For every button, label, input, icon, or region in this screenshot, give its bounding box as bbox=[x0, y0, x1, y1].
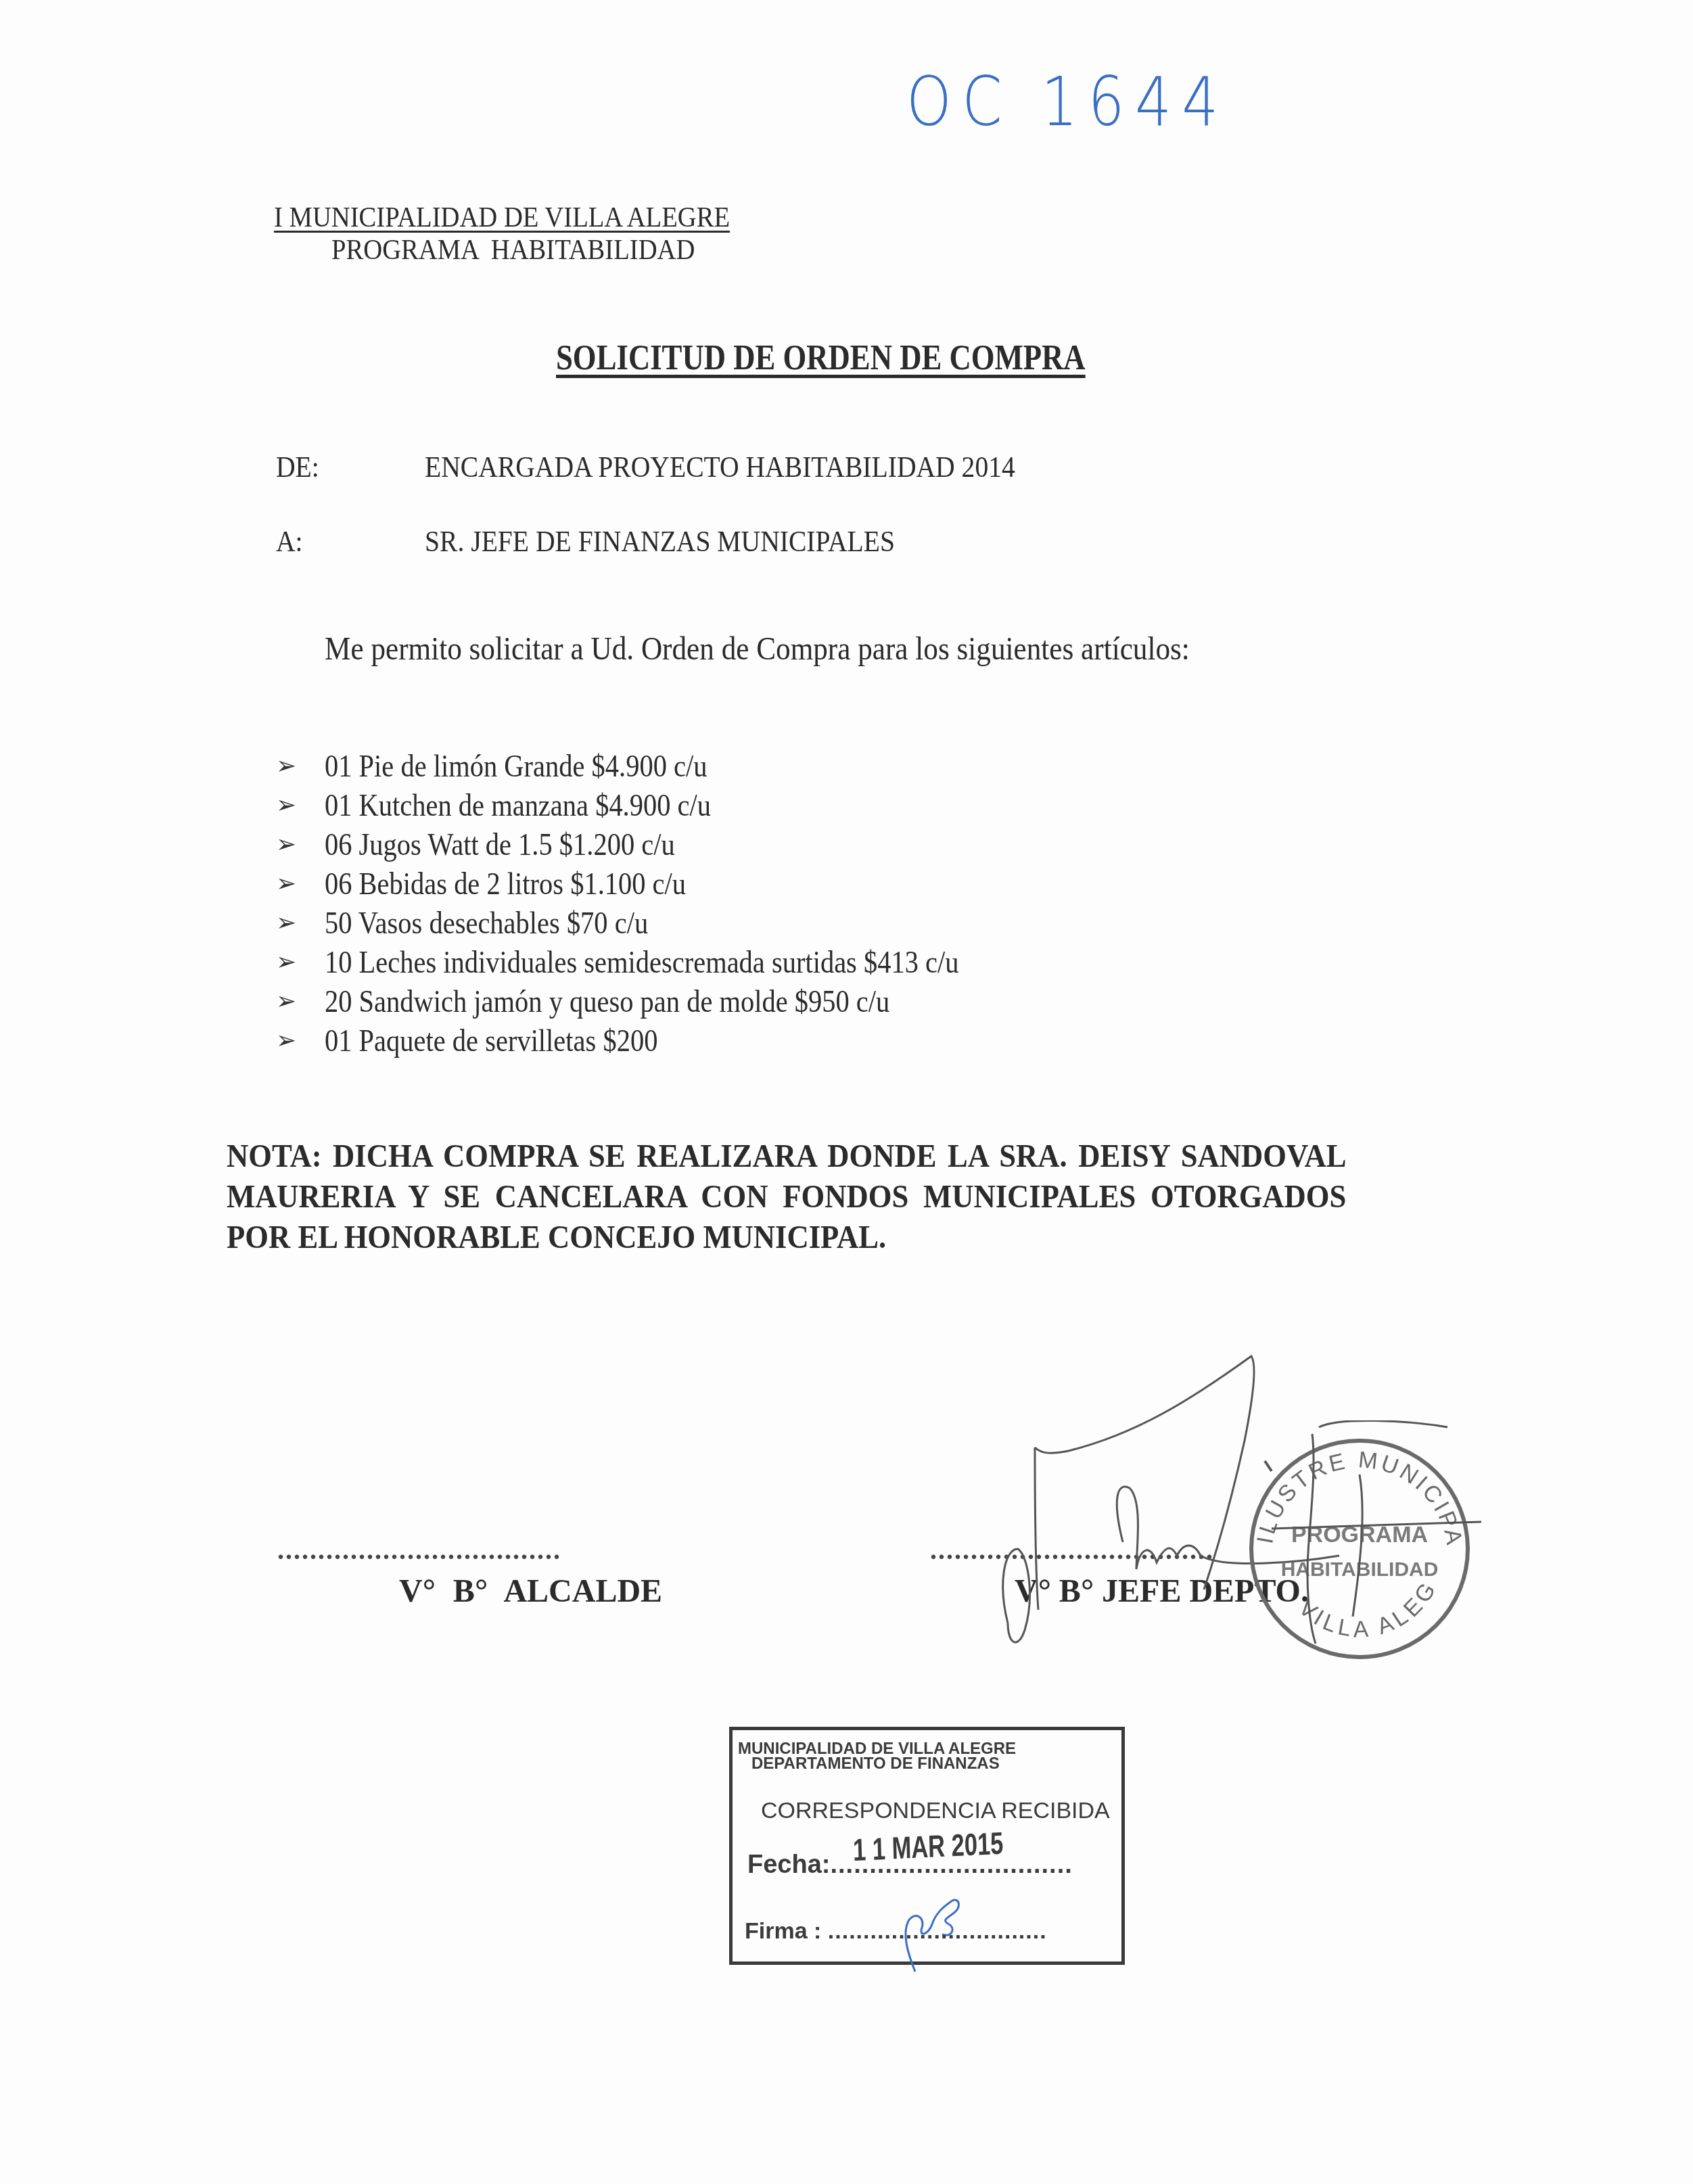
item-text: 06 Bebidas de 2 litros $1.100 c/u bbox=[325, 866, 686, 902]
organization-name: I MUNICIPALIDAD DE VILLA ALEGRE bbox=[274, 202, 730, 234]
stamp-signature-label: Firma : bbox=[745, 1918, 821, 1944]
list-item: ➢50 Vasos desechables $70 c/u bbox=[276, 903, 1045, 942]
stamp-date-label: Fecha: bbox=[747, 1851, 830, 1879]
note-paragraph: NOTA: DICHA COMPRA SE REALIZARA DONDE LA… bbox=[227, 1136, 1346, 1258]
stamp-signature-field: Firma : ............................... bbox=[745, 1918, 1047, 1945]
received-correspondence-stamp: MUNICIPALIDAD DE VILLA ALEGRE DEPARTAMEN… bbox=[729, 1727, 1125, 1965]
from-value: ENCARGADA PROYECTO HABITABILIDAD 2014 bbox=[425, 450, 1015, 484]
arrow-bullet-icon: ➢ bbox=[276, 751, 325, 780]
list-item: ➢01 Pie de limón Grande $4.900 c/u bbox=[276, 746, 1045, 785]
list-item: ➢06 Bebidas de 2 litros $1.100 c/u bbox=[276, 864, 1045, 903]
arrow-bullet-icon: ➢ bbox=[276, 830, 325, 858]
stamp-signature-dots: ............................... bbox=[828, 1918, 1047, 1944]
municipal-seal: ILUSTRE MUNICIPALIDAD VILLA ALEGRE PROGR… bbox=[1231, 1420, 1488, 1677]
arrow-bullet-icon: ➢ bbox=[276, 1026, 325, 1054]
item-text: 10 Leches individuales semidescremada su… bbox=[325, 944, 959, 980]
arrow-bullet-icon: ➢ bbox=[276, 948, 325, 976]
arrow-bullet-icon: ➢ bbox=[276, 791, 325, 819]
arrow-bullet-icon: ➢ bbox=[276, 908, 325, 937]
intro-paragraph: Me permito solicitar a Ud. Orden de Comp… bbox=[325, 630, 1190, 668]
list-item: ➢01 Paquete de servilletas $200 bbox=[276, 1021, 1045, 1060]
item-text: 01 Paquete de servilletas $200 bbox=[325, 1023, 657, 1059]
to-label: A: bbox=[276, 524, 303, 559]
arrow-bullet-icon: ➢ bbox=[276, 869, 325, 898]
document-title: SOLICITUD DE ORDEN DE COMPRA bbox=[556, 338, 1086, 378]
list-item: ➢10 Leches individuales semidescremada s… bbox=[276, 942, 1045, 981]
stamp-heading: CORRESPONDENCIA RECIBIDA bbox=[761, 1798, 1110, 1824]
program-name: PROGRAMA HABITABILIDAD bbox=[331, 234, 695, 266]
list-item: ➢06 Jugos Watt de 1.5 $1.200 c/u bbox=[276, 824, 1045, 864]
to-value: SR. JEFE DE FINANZAS MUNICIPALES bbox=[425, 524, 895, 559]
item-text: 50 Vasos desechables $70 c/u bbox=[325, 905, 648, 941]
stamp-department: DEPARTAMENTO DE FINANZAS bbox=[751, 1755, 1000, 1773]
signature-label-mayor: V° B° ALCALDE bbox=[399, 1573, 662, 1610]
item-text: 20 Sandwich jamón y queso pan de molde $… bbox=[325, 983, 889, 1019]
from-label: DE: bbox=[276, 450, 319, 484]
signature-line-mayor: ................................... bbox=[277, 1534, 561, 1566]
handwritten-oc-number: OC 1644 bbox=[906, 62, 1229, 141]
item-text: 01 Pie de limón Grande $4.900 c/u bbox=[325, 748, 707, 784]
arrow-bullet-icon: ➢ bbox=[276, 987, 325, 1015]
stamp-date-value: 1 1 MAR 2015 bbox=[852, 1825, 1004, 1868]
item-text: 01 Kutchen de manzana $4.900 c/u bbox=[325, 787, 711, 823]
list-item: ➢20 Sandwich jamón y queso pan de molde … bbox=[276, 981, 1045, 1021]
item-list: ➢01 Pie de limón Grande $4.900 c/u ➢01 K… bbox=[276, 746, 1045, 1060]
list-item: ➢01 Kutchen de manzana $4.900 c/u bbox=[276, 785, 1045, 824]
item-text: 06 Jugos Watt de 1.5 $1.200 c/u bbox=[325, 827, 675, 862]
